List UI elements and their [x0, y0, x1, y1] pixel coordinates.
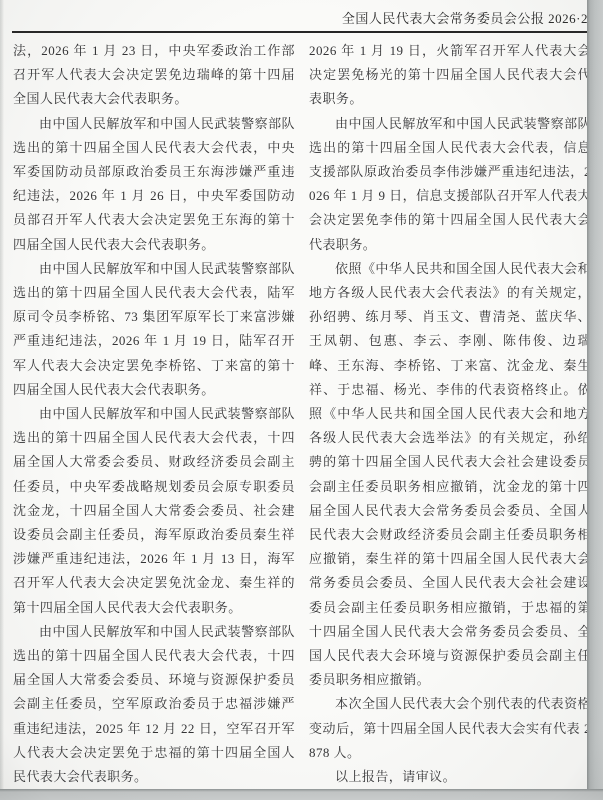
page-header-title: 全国人民代表大会常务委员会公报 2026·2	[13, 8, 588, 30]
paragraph: 以上报告，请审议。	[309, 765, 591, 789]
paragraph: 本次全国人民代表大会个别代表的代表资格变动后，第十四届全国人民代表大会实有代表 …	[309, 692, 591, 765]
header-divider	[12, 31, 590, 33]
paragraph: 由中国人民解放军和中国人民武装警察部队选出的第十四届全国人民代表大会代表，十四届…	[13, 620, 295, 789]
paragraph: 依照《中华人民共和国全国人民代表大会和地方各级人民代表大会代表法》的有关规定，孙…	[309, 257, 591, 693]
paragraph: 由中国人民解放军和中国人民武装警察部队选出的第十四届全国人民代表大会代表，信息支…	[309, 112, 591, 257]
column-left: 法，2026 年 1 月 23 日，中央军委政治工作部召开军人代表大会决定罢免边…	[13, 39, 295, 789]
paragraph: 由中国人民解放军和中国人民武装警察部队选出的第十四届全国人民代表大会代表，陆军原…	[13, 257, 295, 402]
document-body: 法，2026 年 1 月 23 日，中央军委政治工作部召开军人代表大会决定罢免边…	[13, 39, 591, 789]
paragraph: 由中国人民解放军和中国人民武装警察部队选出的第十四届全国人民代表大会代表，中央军…	[13, 112, 295, 257]
paragraph: 法，2026 年 1 月 23 日，中央军委政治工作部召开军人代表大会决定罢免边…	[13, 39, 295, 112]
scan-edge-left	[0, 0, 4, 800]
scan-edge-bottom	[0, 789, 603, 800]
scan-edge-right	[587, 0, 603, 800]
paragraph: 2026 年 1 月 19 日，火箭军召开军人代表大会决定罢免杨光的第十四届全国…	[309, 39, 591, 112]
column-right: 2026 年 1 月 19 日，火箭军召开军人代表大会决定罢免杨光的第十四届全国…	[309, 39, 591, 789]
paragraph: 由中国人民解放军和中国人民武装警察部队选出的第十四届全国人民代表大会代表，十四届…	[13, 402, 295, 620]
scanned-document-page: 全国人民代表大会常务委员会公报 2026·2 法，2026 年 1 月 23 日…	[0, 0, 603, 800]
